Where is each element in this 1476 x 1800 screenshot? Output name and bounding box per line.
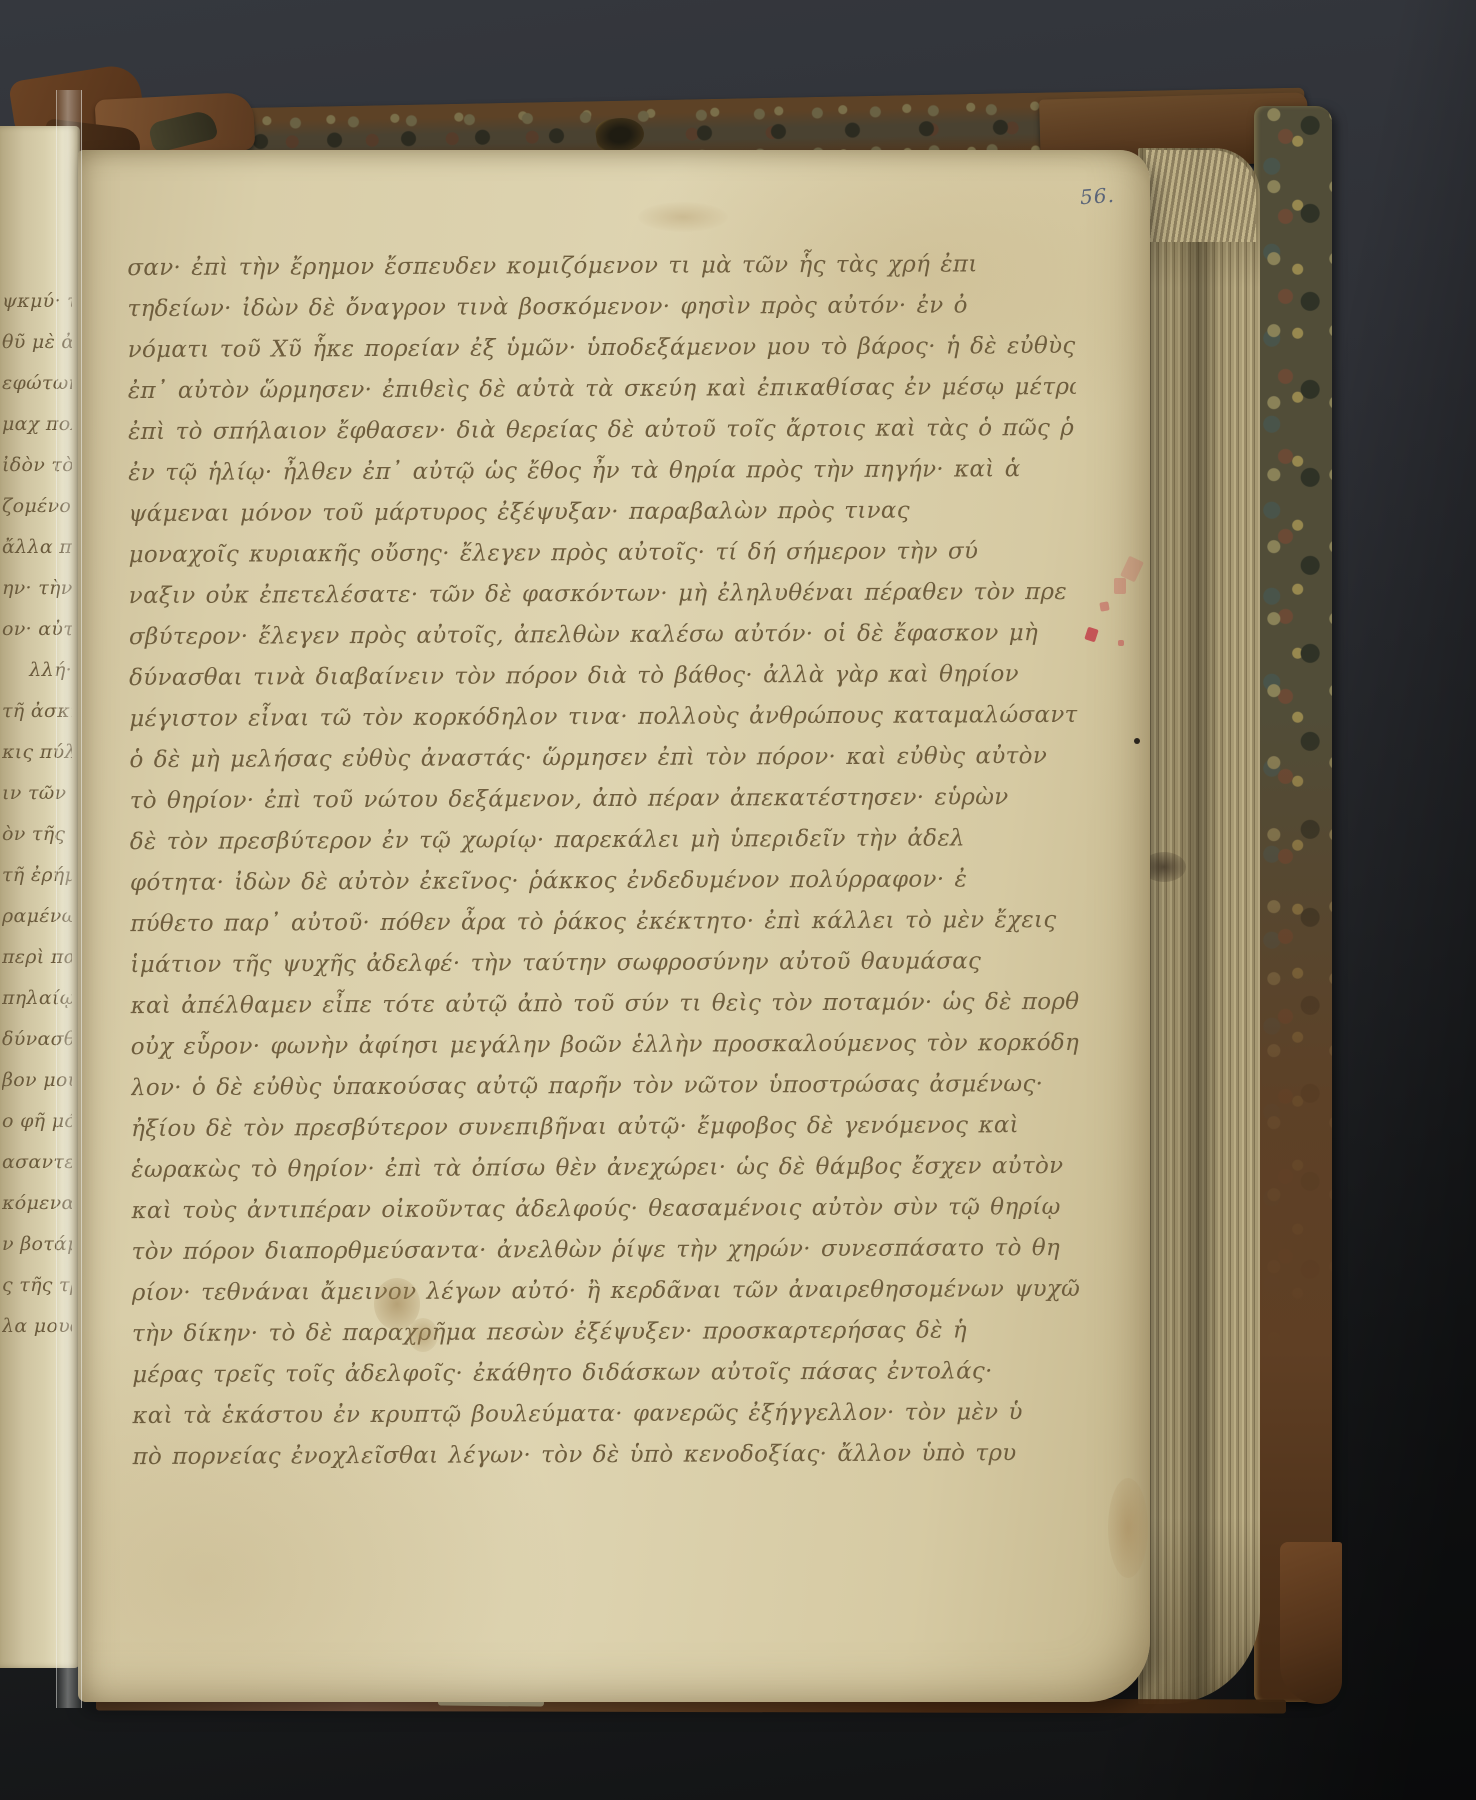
folio-number: 56.: [1079, 183, 1115, 209]
text-line: καὶ τὰ ἑκάστου ἐν κρυπτῷ βουλεύματα· φαν…: [132, 1392, 1080, 1437]
fore-edge-fan: [1146, 150, 1256, 242]
text-line: ἐπ᾽ αὐτὸν ὥρμησεν· ἐπιθεὶς δὲ αὐτὰ τὰ σκ…: [128, 367, 1076, 412]
text-line: σβύτερον· ἔλεγεν πρὸς αὐτοῖς, ἀπελθὼν κα…: [129, 613, 1077, 658]
text-line: ψάμεναι μόνον τοῦ μάρτυρος ἐξέψυξαν· παρ…: [128, 490, 1076, 535]
manuscript-photo: ψκμύ· τὸ θῦ μὲ ἀθῶ εφώτων· μαχ πολιτ ἰδὸ…: [0, 0, 1476, 1800]
text-line: πύθετο παρ᾽ αὐτοῦ· πόθεν ἆρα τὸ ῥάκος ἐκ…: [130, 900, 1078, 945]
right-marbled-board: [1254, 106, 1332, 1702]
text-line: ἐπὶ τὸ σπήλαιον ἔφθασεν· διὰ θερείας δὲ …: [128, 408, 1076, 453]
text-line: μέγιστον εἶναι τῶ τὸν κορκόδηλον τινα· π…: [129, 695, 1077, 740]
brown-stain: [408, 1318, 438, 1352]
manuscript-text-block: σαν· ἐπὶ τὴν ἔρημον ἔσπευδεν κομιζόμενον…: [127, 244, 1080, 1508]
text-line: τὴν δίκην· τὸ δὲ παραχρῆμα πεσὼν ἐξέψυξε…: [132, 1310, 1080, 1355]
text-line: μοναχοῖς κυριακῆς οὔσης· ἔλεγεν πρὸς αὐτ…: [129, 531, 1077, 576]
text-line: τὸν πόρον διαπορθμεύσαντα· ἀνελθὼν ῥίψε …: [132, 1228, 1080, 1273]
text-line: καὶ ἀπέλθαμεν εἶπε τότε αὐτῷ ἀπὸ τοῦ σύν…: [130, 982, 1078, 1027]
text-line: σαν· ἐπὶ τὴν ἔρημον ἔσπευδεν κομιζόμενον…: [127, 244, 1075, 289]
edge-stain: [1108, 1478, 1148, 1578]
fore-edge-page-stack: [1138, 148, 1260, 1704]
recto-parchment-page: 56. σαν· ἐπὶ τὴν ἔρημον ἔσπευδεν κομιζόμ…: [78, 150, 1150, 1702]
faint-stain: [638, 202, 728, 232]
text-line: τὸ θηρίον· ἐπὶ τοῦ νώτου δεξάμενον, ἀπὸ …: [130, 777, 1078, 822]
red-pigment-mark: [1114, 578, 1126, 594]
glass-clamp-strip: [56, 90, 82, 1708]
text-line: δὲ τὸν πρεσβύτερον ἐν τῷ χωρίῳ· παρεκάλε…: [130, 818, 1078, 863]
text-line: τηδείων· ἰδὼν δὲ ὄναγρον τινὰ βοσκόμενον…: [127, 285, 1075, 330]
red-pigment-mark: [1099, 601, 1109, 611]
red-pigment-mark: [1084, 627, 1098, 643]
text-line: ἱμάτιον τῆς ψυχῆς ἀδελφέ· τὴν ταύτην σωφ…: [130, 941, 1078, 986]
ink-dot: [1134, 738, 1140, 744]
text-line: ἐν τῷ ἡλίῳ· ἦλθεν ἐπ᾽ αὐτῷ ὡς ἔθος ἦν τὰ…: [128, 449, 1076, 494]
red-pigment-mark: [1118, 640, 1124, 646]
text-line: λον· ὁ δὲ εὐθὺς ὑπακούσας αὐτῷ παρῆν τὸν…: [131, 1064, 1079, 1109]
text-line: μέρας τρεῖς τοῖς ἀδελφοῖς· ἐκάθητο διδάσ…: [132, 1351, 1080, 1396]
text-line: καὶ τοὺς ἀντιπέραν οἰκοῦντας ἀδελφούς· θ…: [131, 1187, 1079, 1232]
text-line: ὁ δὲ μὴ μελήσας εὐθὺς ἀναστάς· ὥρμησεν ἐ…: [129, 736, 1077, 781]
text-line: πὸ πορνείας ἐνοχλεῖσθαι λέγων· τὸν δὲ ὑπ…: [132, 1433, 1080, 1478]
text-line: νόματι τοῦ Χῦ ἧκε πορείαν ἐξ ὑμῶν· ὑποδε…: [128, 326, 1076, 371]
text-line: ρίον· τεθνάναι ἄμεινον λέγων αὐτό· ἢ κερ…: [132, 1269, 1080, 1314]
text-line: οὐχ εὗρον· φωνὴν ἀφίησι μεγάλην βοῶν ἑλλ…: [131, 1023, 1079, 1068]
text-line: δύνασθαι τινὰ διαβαίνειν τὸν πόρον διὰ τ…: [129, 654, 1077, 699]
text-line: φότητα· ἰδὼν δὲ αὐτὸν ἐκεῖνος· ῥάκκος ἐν…: [130, 859, 1078, 904]
bottom-right-leather-corner: [1280, 1542, 1342, 1704]
text-line: ἠξίου δὲ τὸν πρεσβύτερον συνεπιβῆναι αὐτ…: [131, 1105, 1079, 1150]
text-line: ναξιν οὐκ ἐπετελέσατε· τῶν δὲ φασκόντων·…: [129, 572, 1077, 617]
text-line: ἑωρακὼς τὸ θηρίον· ἐπὶ τὰ ὀπίσω θὲν ἀνεχ…: [131, 1146, 1079, 1191]
